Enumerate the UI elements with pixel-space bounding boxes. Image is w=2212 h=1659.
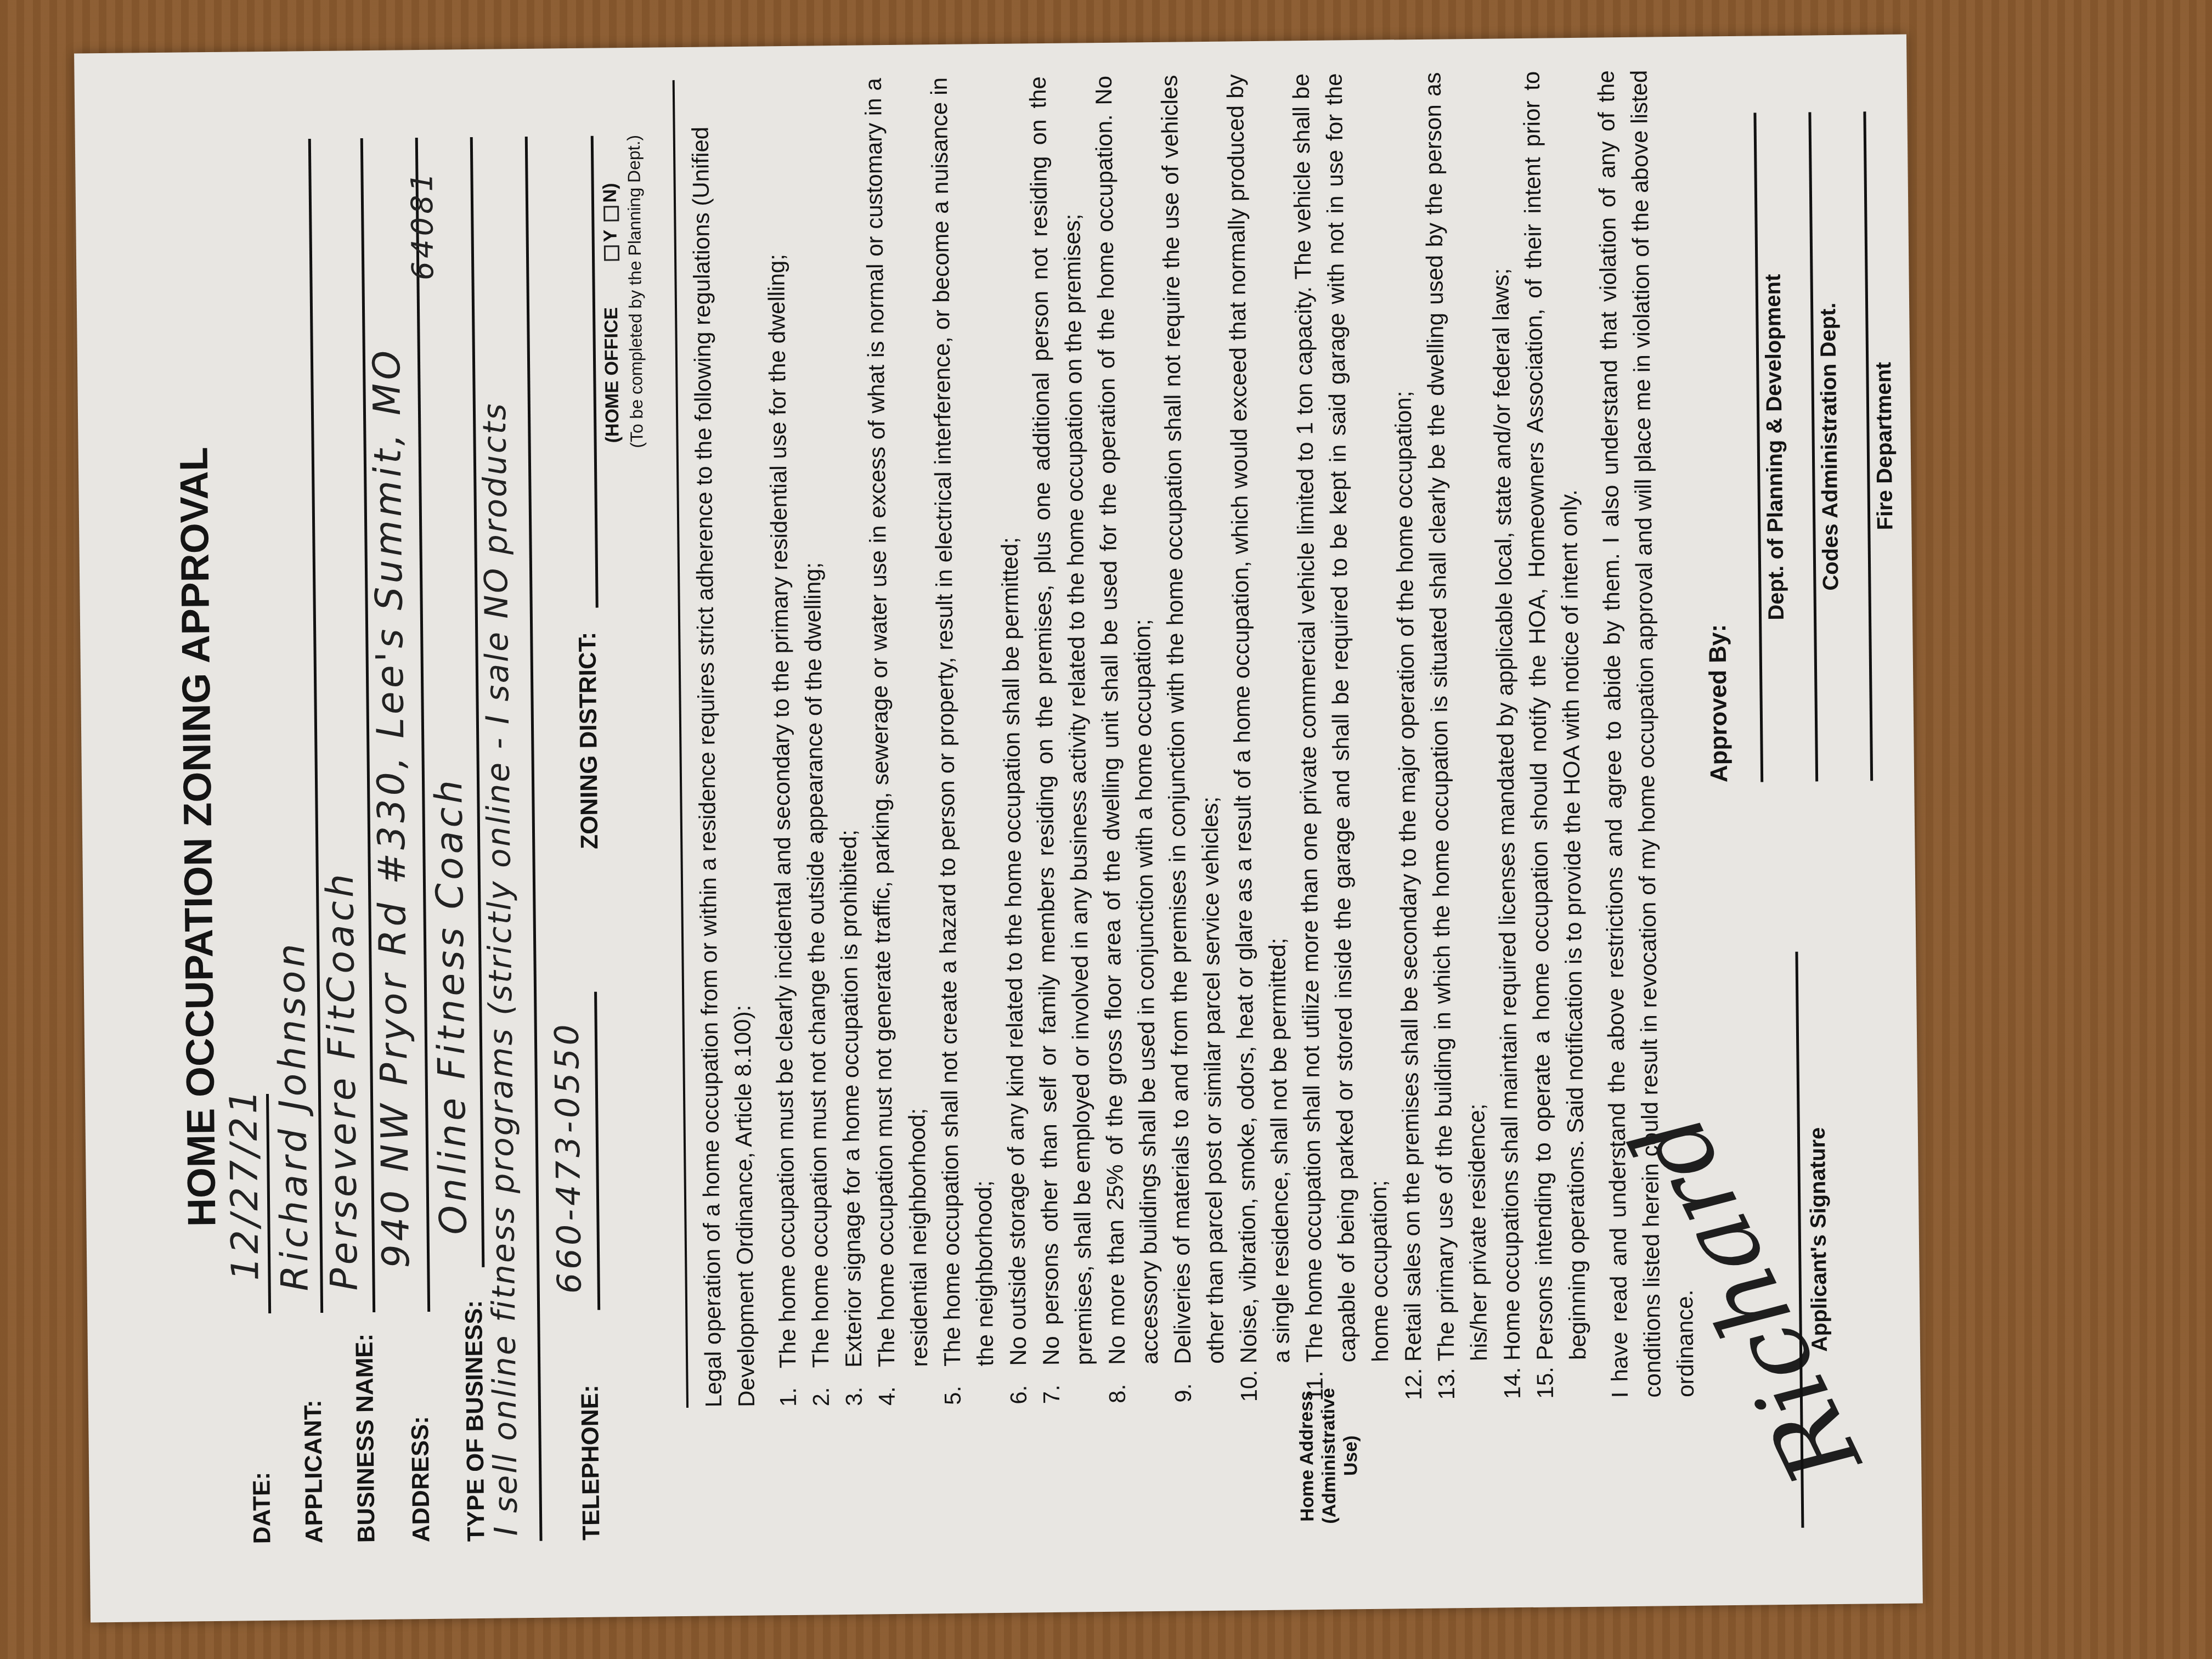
address-label: ADDRESS: (407, 1416, 435, 1542)
zoning-district-label: ZONING DISTRICT: (574, 632, 603, 849)
regulation-number: 1. (771, 1368, 805, 1407)
home-office-label: (HOME OFFICE (601, 307, 623, 443)
page-title: HOME OCCUPATION ZONING APPROVAL (167, 52, 229, 1622)
regulations-intro: Legal operation of a home occupation fro… (684, 80, 763, 1408)
regulation-number: 12. (1397, 1362, 1430, 1401)
regulation-number: 13. (1430, 1361, 1496, 1400)
regulation-number: 5. (936, 1366, 1002, 1405)
business-name-field[interactable]: BUSINESS NAME: (329, 1334, 381, 1543)
home-office-no-checkbox[interactable] (603, 206, 619, 221)
business-name-value[interactable]: Persevere FitCoach (319, 871, 366, 1291)
type-of-business-field[interactable]: TYPE OF BUSINESS: (438, 1300, 490, 1542)
home-office-no-label: N) (600, 183, 620, 202)
home-office-group: (HOME OFFICE Y N) (600, 183, 624, 443)
regulations-list: 1.The home occupation must be clearly in… (758, 71, 1595, 1407)
regulation-item: 15.Persons intending to operate a home o… (1515, 71, 1595, 1399)
approver-label: Dept. of Planning & Development (1759, 112, 1791, 782)
approvers-list: Dept. of Planning & DevelopmentCodes Adm… (74, 54, 91, 1623)
approver-label: Fire Department (1869, 111, 1900, 781)
type-of-business-value-line1[interactable]: Online Fitness Coach (427, 777, 476, 1235)
regulation-number: 3. (837, 1368, 871, 1407)
home-office-yes-label: Y (600, 230, 621, 242)
date-value[interactable]: 12/27/21 (222, 1087, 268, 1281)
regulation-number: 15. (1528, 1360, 1595, 1399)
telephone-value[interactable]: 660-473-0550 (548, 1021, 589, 1294)
applicant-label: APPLICANT: (300, 1400, 329, 1543)
telephone-label: TELEPHONE: (577, 1385, 606, 1541)
approved-by-label: Approved By: (1704, 624, 1733, 783)
zoning-district-line[interactable] (547, 136, 599, 608)
regulation-number: 4. (870, 1367, 936, 1406)
applicant-field[interactable]: APPLICANT: (278, 1400, 329, 1543)
paper-sheet: HOME OCCUPATION ZONING APPROVAL DATE: 12… (74, 35, 1923, 1623)
telephone-field[interactable]: TELEPHONE: (555, 1385, 606, 1541)
regulation-number: 10. (1232, 1363, 1299, 1402)
applicant-signature-label: Applicant's Signature (1803, 951, 1834, 1527)
regulation-text: The home occupation shall not utilize mo… (1285, 73, 1397, 1363)
home-office-yes-checkbox[interactable] (604, 245, 619, 261)
date-label: DATE: (248, 1472, 276, 1544)
home-office-note: (To be completed by the Planning Dept.) (624, 135, 647, 448)
regulation-number: 8. (1101, 1364, 1167, 1403)
regulation-number: 2. (804, 1368, 838, 1407)
regulations-section: Legal operation of a home occupation fro… (684, 70, 1702, 1408)
regulation-number: 9. (1166, 1364, 1233, 1403)
date-field[interactable]: DATE: (226, 1472, 276, 1544)
regulation-item: 11.The home occupation shall not utilize… (1285, 73, 1397, 1402)
regulation-number: 7. (1035, 1365, 1101, 1404)
regulation-text: Persons intending to operate a home occu… (1515, 71, 1595, 1361)
regulation-number: 14. (1496, 1361, 1529, 1400)
approver-label: Codes Administration Dept. (1814, 112, 1846, 781)
home-address-admin-label: Home Address (Administrative Use) (1295, 1384, 1363, 1527)
regulation-number: 11. (1298, 1362, 1397, 1401)
address-field[interactable]: ADDRESS: (385, 1416, 435, 1543)
regulation-number: 6. (1002, 1365, 1035, 1404)
form-page: HOME OCCUPATION ZONING APPROVAL DATE: 12… (74, 35, 1923, 1623)
applicant-value[interactable]: Richard Johnson (270, 940, 317, 1291)
business-name-label: BUSINESS NAME: (351, 1334, 381, 1543)
